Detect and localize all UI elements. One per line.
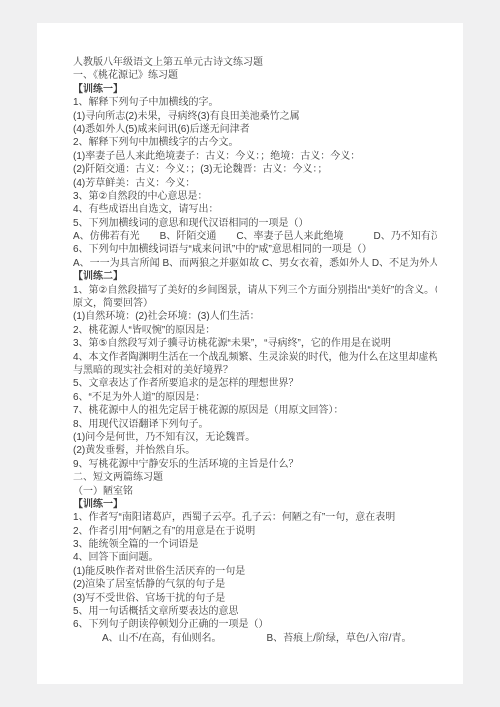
text-line: 2、桃花源人“皆叹惋”的原因是： <box>73 324 437 337</box>
text-line: (1)问今是何世，乃不知有汉，无论魏晋。 <box>73 431 437 444</box>
text-line: (3)写不受世俗、官场干扰的句子是 <box>73 592 437 605</box>
text-line: A、仿佛若有光 B、阡陌交通 C、率妻子邑人来此绝境 D、乃不知有汉，无论魏晋 <box>73 230 437 243</box>
text-line: 4、回答下面问题。 <box>73 551 437 564</box>
text-line: 1、解释下列句子中加横线的字。 <box>73 96 437 109</box>
text-line: A、山不/在高，有仙则名。 B、苔痕上/阶绿，草色/入帘/青。 <box>73 632 437 645</box>
document-body: 人教版八年级语文上第五单元古诗文练习题一、《桃花源记》练习题【训练一】1、解释下… <box>37 23 463 645</box>
text-line: 4、本文作者陶渊明生活在一个战乱频繁、生灵涂炭的时代，他为什么在这里却虚构了一个 <box>73 351 437 364</box>
text-line: 8、用现代汉语翻译下列句子。 <box>73 418 437 431</box>
text-line: (2)阡陌交通：古义：今义：；(3)无论魏晋：古义：今义：； <box>73 163 437 176</box>
text-line: 【训练一】 <box>73 83 437 96</box>
text-line: 6、“不足为外人道”的原因是： <box>73 391 437 404</box>
text-line: (4)悉如外人(5)咸来问讯(6)后遂无问津者 <box>73 123 437 136</box>
text-line: 7、桃花源中人的祖先定居于桃花源的原因是（用原文回答）： <box>73 404 437 417</box>
text-line: (1)自然环境：(2)社会环境：(3)人们生活： <box>73 310 437 323</box>
text-line: 3、第②自然段的中心意思是： <box>73 190 437 203</box>
text-line: 【训练二】 <box>73 270 437 283</box>
text-line: 5、文章表达了作者所要追求的是怎样的理想世界？ <box>73 377 437 390</box>
text-line: （一）陋室铭 <box>73 485 437 498</box>
text-line: 5、用一句话概括文章所要表达的意思 <box>73 605 437 618</box>
text-line: 【训练一】 <box>73 498 437 511</box>
text-line: 3、第⑤自然段写刘子骥寻访桃花源“未果”，“寻病终”，它的作用是在说明 <box>73 337 437 350</box>
text-line: 9、写桃花源中宁静安乐的生活环境的主旨是什么？ <box>73 458 437 471</box>
text-line: 6、下列句子朗读停顿划分正确的一项是（） <box>73 618 437 631</box>
text-line: 2、作者引用“何陋之有”的用意是在于说明 <box>73 525 437 538</box>
text-line: (1)率妻子邑人来此绝境妻子：古义：今义：；绝境：古义：今义： <box>73 150 437 163</box>
text-line: (4)芳草鲜美：古义：今义： <box>73 177 437 190</box>
text-line: 2、解释下列句中加横线字的古今文。 <box>73 136 437 149</box>
text-line: 6、下列句中加横线词语与“咸来问讯”中的“咸”意思相同的一项是（） <box>73 243 437 256</box>
text-line: (1)能反映作者对世俗生活厌弃的一句是 <box>73 565 437 578</box>
scan-background: 人教版八年级语文上第五单元古诗文练习题一、《桃花源记》练习题【训练一】1、解释下… <box>0 0 500 707</box>
text-line: 一、《桃花源记》练习题 <box>73 69 437 82</box>
text-line: 3、能统领全篇的一个词语是 <box>73 538 437 551</box>
text-line: 原文，简要回答） <box>73 297 437 310</box>
document-title: 人教版八年级语文上第五单元古诗文练习题 <box>73 56 437 69</box>
text-line: (2)黄发垂髫，并怡然自乐。 <box>73 444 437 457</box>
text-line: 1、作者写“南阳诸葛庐，西蜀子云亭。孔子云：何陋之有”一句，意在表明 <box>73 511 437 524</box>
text-line: 与黑暗的现实社会相对的美好境界？ <box>73 364 437 377</box>
document-paper: 人教版八年级语文上第五单元古诗文练习题一、《桃花源记》练习题【训练一】1、解释下… <box>37 23 463 684</box>
text-line: A、一一为具言所闻 B、而两狼之并驱如故 C、男女衣着，悉如外人 D、不足为外人… <box>73 257 437 270</box>
text-line: 二、短文两篇练习题 <box>73 471 437 484</box>
text-line: (2)渲染了居室恬静的气氛的句子是 <box>73 578 437 591</box>
text-line: 1、第②自然段描写了美好的乡间图景，请从下列三个方面分别指出“美好”的含义。（不… <box>73 284 437 297</box>
text-line: 4、有些成语出自选文，请写出： <box>73 203 437 216</box>
text-line: (1)寻向所志(2)未果，寻病终(3)有良田美池桑竹之属 <box>73 110 437 123</box>
text-line: 5、下列加横线词的意思和现代汉语相同的一项是（） <box>73 217 437 230</box>
